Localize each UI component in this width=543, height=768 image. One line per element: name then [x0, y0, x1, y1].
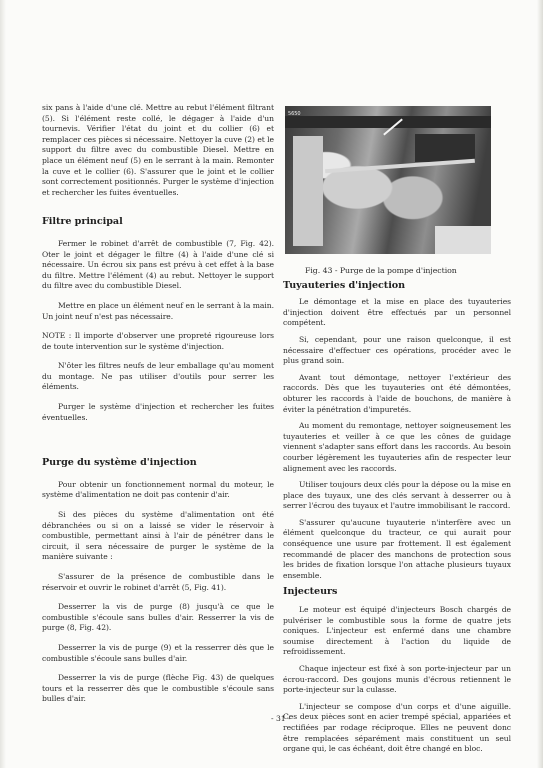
- note-paragraph: NOTE : Il importe d'observer une propret…: [42, 331, 274, 352]
- paragraph: Si, cependant, pour une raison quelconqu…: [283, 335, 511, 367]
- photo-label: 5650: [288, 109, 301, 120]
- paragraph: Chaque injecteur est fixé à son porte-in…: [283, 664, 511, 696]
- scan-edge-right: [537, 0, 543, 768]
- paragraph: Fermer le robinet d'arrêt de combustible…: [42, 239, 274, 292]
- section-heading: Filtre principal: [42, 217, 274, 228]
- paragraph: N'ôter les filtres neufs de leur emballa…: [42, 361, 274, 393]
- paragraph: Le moteur est équipé d'injecteurs Bosch …: [283, 605, 511, 658]
- paragraph: S'assurer qu'aucune tuyauterie n'interfè…: [283, 518, 511, 582]
- paragraph: Desserrer la vis de purge (8) jusqu'à ce…: [42, 602, 274, 634]
- paragraph: Avant tout démontage, nettoyer l'extérie…: [283, 373, 511, 415]
- paragraph: Desserrer la vis de purge (flèche Fig. 4…: [42, 673, 274, 705]
- paragraph: Purger le système d'injection et recherc…: [42, 402, 274, 423]
- paragraph: Le démontage et la mise en place des tuy…: [283, 297, 511, 329]
- paragraph: Au moment du remontage, nettoyer soigneu…: [283, 421, 511, 474]
- figure-43: 5650 Fig. 43 - Purge de la pompe d'injec…: [283, 106, 511, 277]
- left-column: six pans à l'aide d'une clé. Mettre au r…: [42, 103, 274, 714]
- section-injecteurs: Injecteurs Le moteur est équipé d'inject…: [283, 587, 511, 754]
- paragraph: Desserrer la vis de purge (9) et la ress…: [42, 643, 274, 664]
- section-purge-systeme-injection: Purge du système d'injection Pour obteni…: [42, 458, 274, 705]
- continued-paragraph: six pans à l'aide d'une clé. Mettre au r…: [42, 103, 274, 198]
- right-column: 5650 Fig. 43 - Purge de la pompe d'injec…: [283, 100, 511, 761]
- paragraph: L'injecteur se compose d'un corps et d'u…: [283, 702, 511, 755]
- section-heading: Tuyauteries d'injection: [283, 281, 511, 292]
- section-heading: Injecteurs: [283, 587, 511, 598]
- injection-pump-photo: 5650: [285, 106, 491, 254]
- page-number: - 31 -: [271, 714, 291, 723]
- paragraph: Si des pièces du système d'alimentation …: [42, 510, 274, 563]
- paragraph: Utiliser toujours deux clés pour la dépo…: [283, 480, 511, 512]
- section-tuyauteries-injection: Tuyauteries d'injection Le démontage et …: [283, 281, 511, 582]
- scan-edge-left: [0, 0, 6, 768]
- section-heading: Purge du système d'injection: [42, 458, 274, 469]
- section-filtre-principal: Filtre principal Fermer le robinet d'arr…: [42, 217, 274, 423]
- paragraph: Mettre en place un élément neuf en le se…: [42, 301, 274, 322]
- paragraph: S'assurer de la présence de combustible …: [42, 572, 274, 593]
- figure-caption: Fig. 43 - Purge de la pompe d'injection: [305, 266, 511, 277]
- paragraph: Pour obtenir un fonctionnement normal du…: [42, 480, 274, 501]
